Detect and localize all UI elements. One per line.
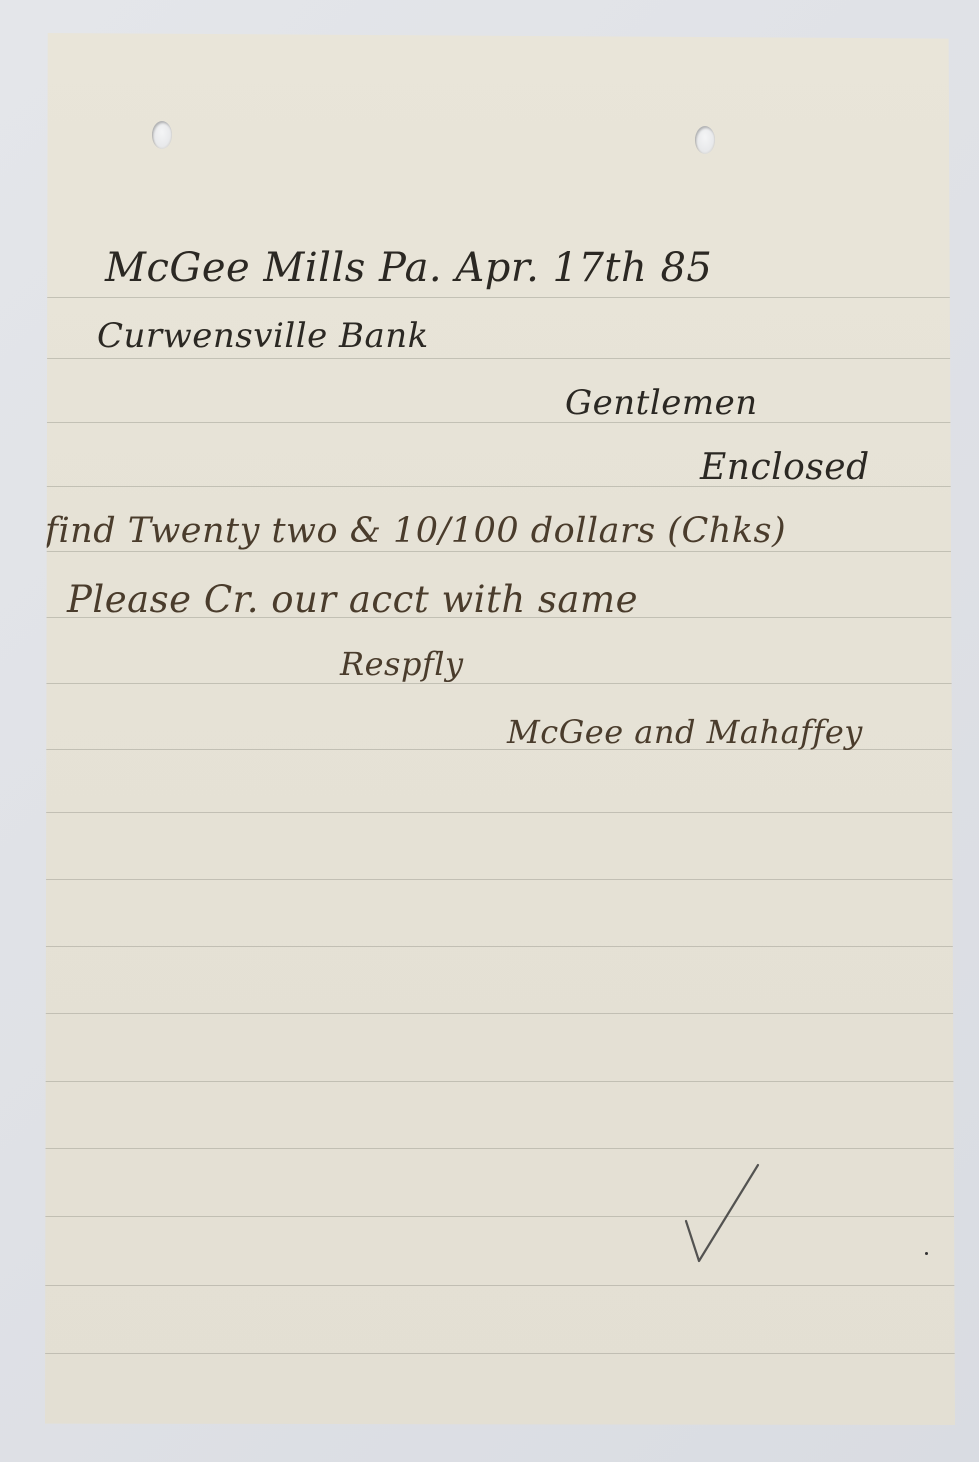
punch-hole-left [152, 121, 172, 149]
body-line-1: Enclosed [700, 447, 870, 488]
addressee-line: Curwensville Bank [97, 316, 429, 356]
check-mark-icon [680, 1163, 760, 1263]
punch-hole-right [695, 126, 715, 154]
body-line-2: find Twenty two & 10/100 dollars (Chks) [45, 511, 786, 551]
letter-paper: McGee Mills Pa. Apr. 17th 85 Curwensvill… [45, 33, 955, 1425]
body-line-3: Please Cr. our acct with same [67, 578, 638, 621]
salutation-line: Gentlemen [565, 383, 758, 423]
ink-dot [925, 1252, 928, 1255]
closing-line: Respfly [340, 645, 464, 683]
place-date-line: McGee Mills Pa. Apr. 17th 85 [105, 245, 712, 291]
signature-line: McGee and Mahaffey [507, 713, 863, 751]
